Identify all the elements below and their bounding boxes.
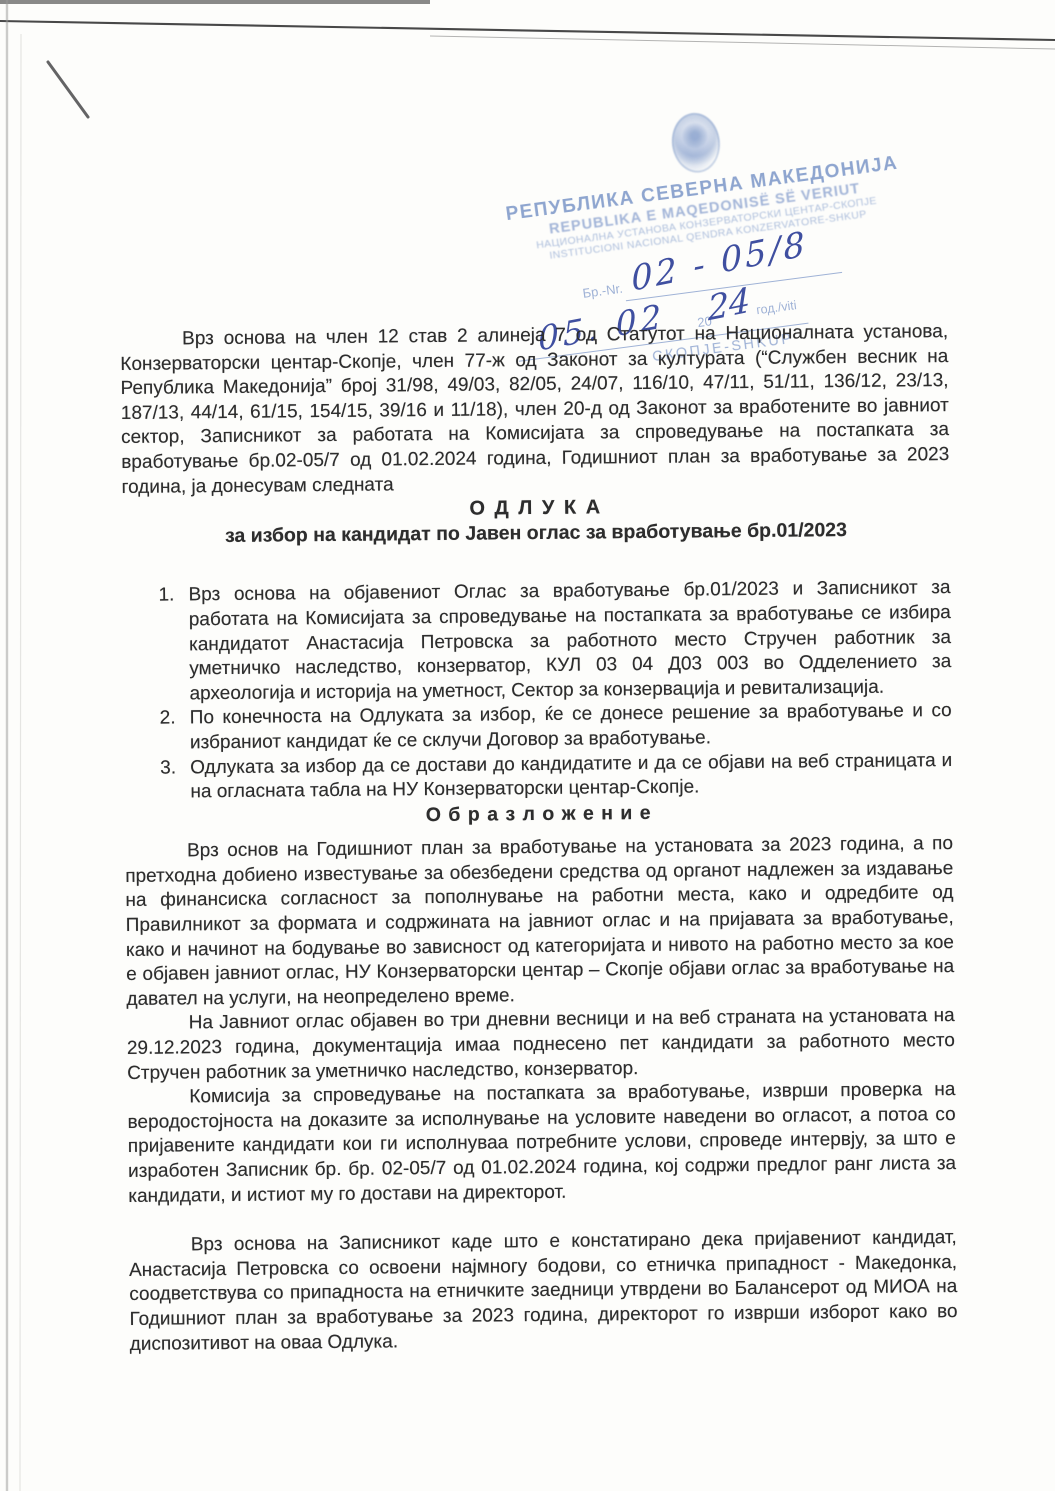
stamp-number-label: Бр.-Nr. [582, 281, 624, 301]
scan-left-edge-shadow [20, 34, 21, 1491]
list-item-number: 1. [122, 584, 189, 708]
explanation-paragraph: Врз основ на Годишниот план за вработува… [125, 832, 955, 1012]
explanation-paragraph: Врз основа на Записникот каде што е конс… [129, 1226, 958, 1357]
stamp-year-suffix: год./viti [755, 298, 797, 317]
list-item: 1. Врз основа на објавениот Оглас за вра… [122, 576, 951, 707]
explanation-paragraph: На Јавниот оглас објавен во три дневни в… [127, 1004, 956, 1086]
scan-top-edge-line [0, 21, 1055, 40]
document-body: Врз основа на член 12 став 2 алинеја 7 о… [120, 320, 958, 1357]
list-item: 3. Одлуката за избор да се достави до ка… [124, 749, 952, 806]
list-item-text: Врз основа на објавениот Оглас за вработ… [188, 576, 951, 706]
pen-mark [48, 62, 88, 117]
list-item-number: 2. [124, 707, 190, 757]
scan-top-edge-shadow [430, 36, 1055, 49]
intro-paragraph: Врз основа на член 12 став 2 алинеја 7 о… [120, 320, 950, 500]
list-item: 2. По конечноста на Одлуката за избор, ќ… [124, 699, 952, 756]
list-item-text: По конечноста на Одлуката за избор, ќе с… [190, 699, 952, 755]
list-item-text: Одлуката за избор да се достави до канди… [190, 749, 952, 805]
list-item-number: 3. [124, 756, 190, 806]
decision-items-list: 1. Врз основа на објавениот Оглас за вра… [122, 576, 952, 805]
explanation-paragraph: Комисија за спроведување на постапката з… [127, 1078, 956, 1209]
coat-of-arms-icon [668, 110, 723, 176]
scan-top-band [0, 0, 430, 4]
scanned-document-page: РЕПУБЛИКА СЕВЕРНА МАКЕДОНИЈА REPUBLIKA E… [0, 0, 1055, 1491]
